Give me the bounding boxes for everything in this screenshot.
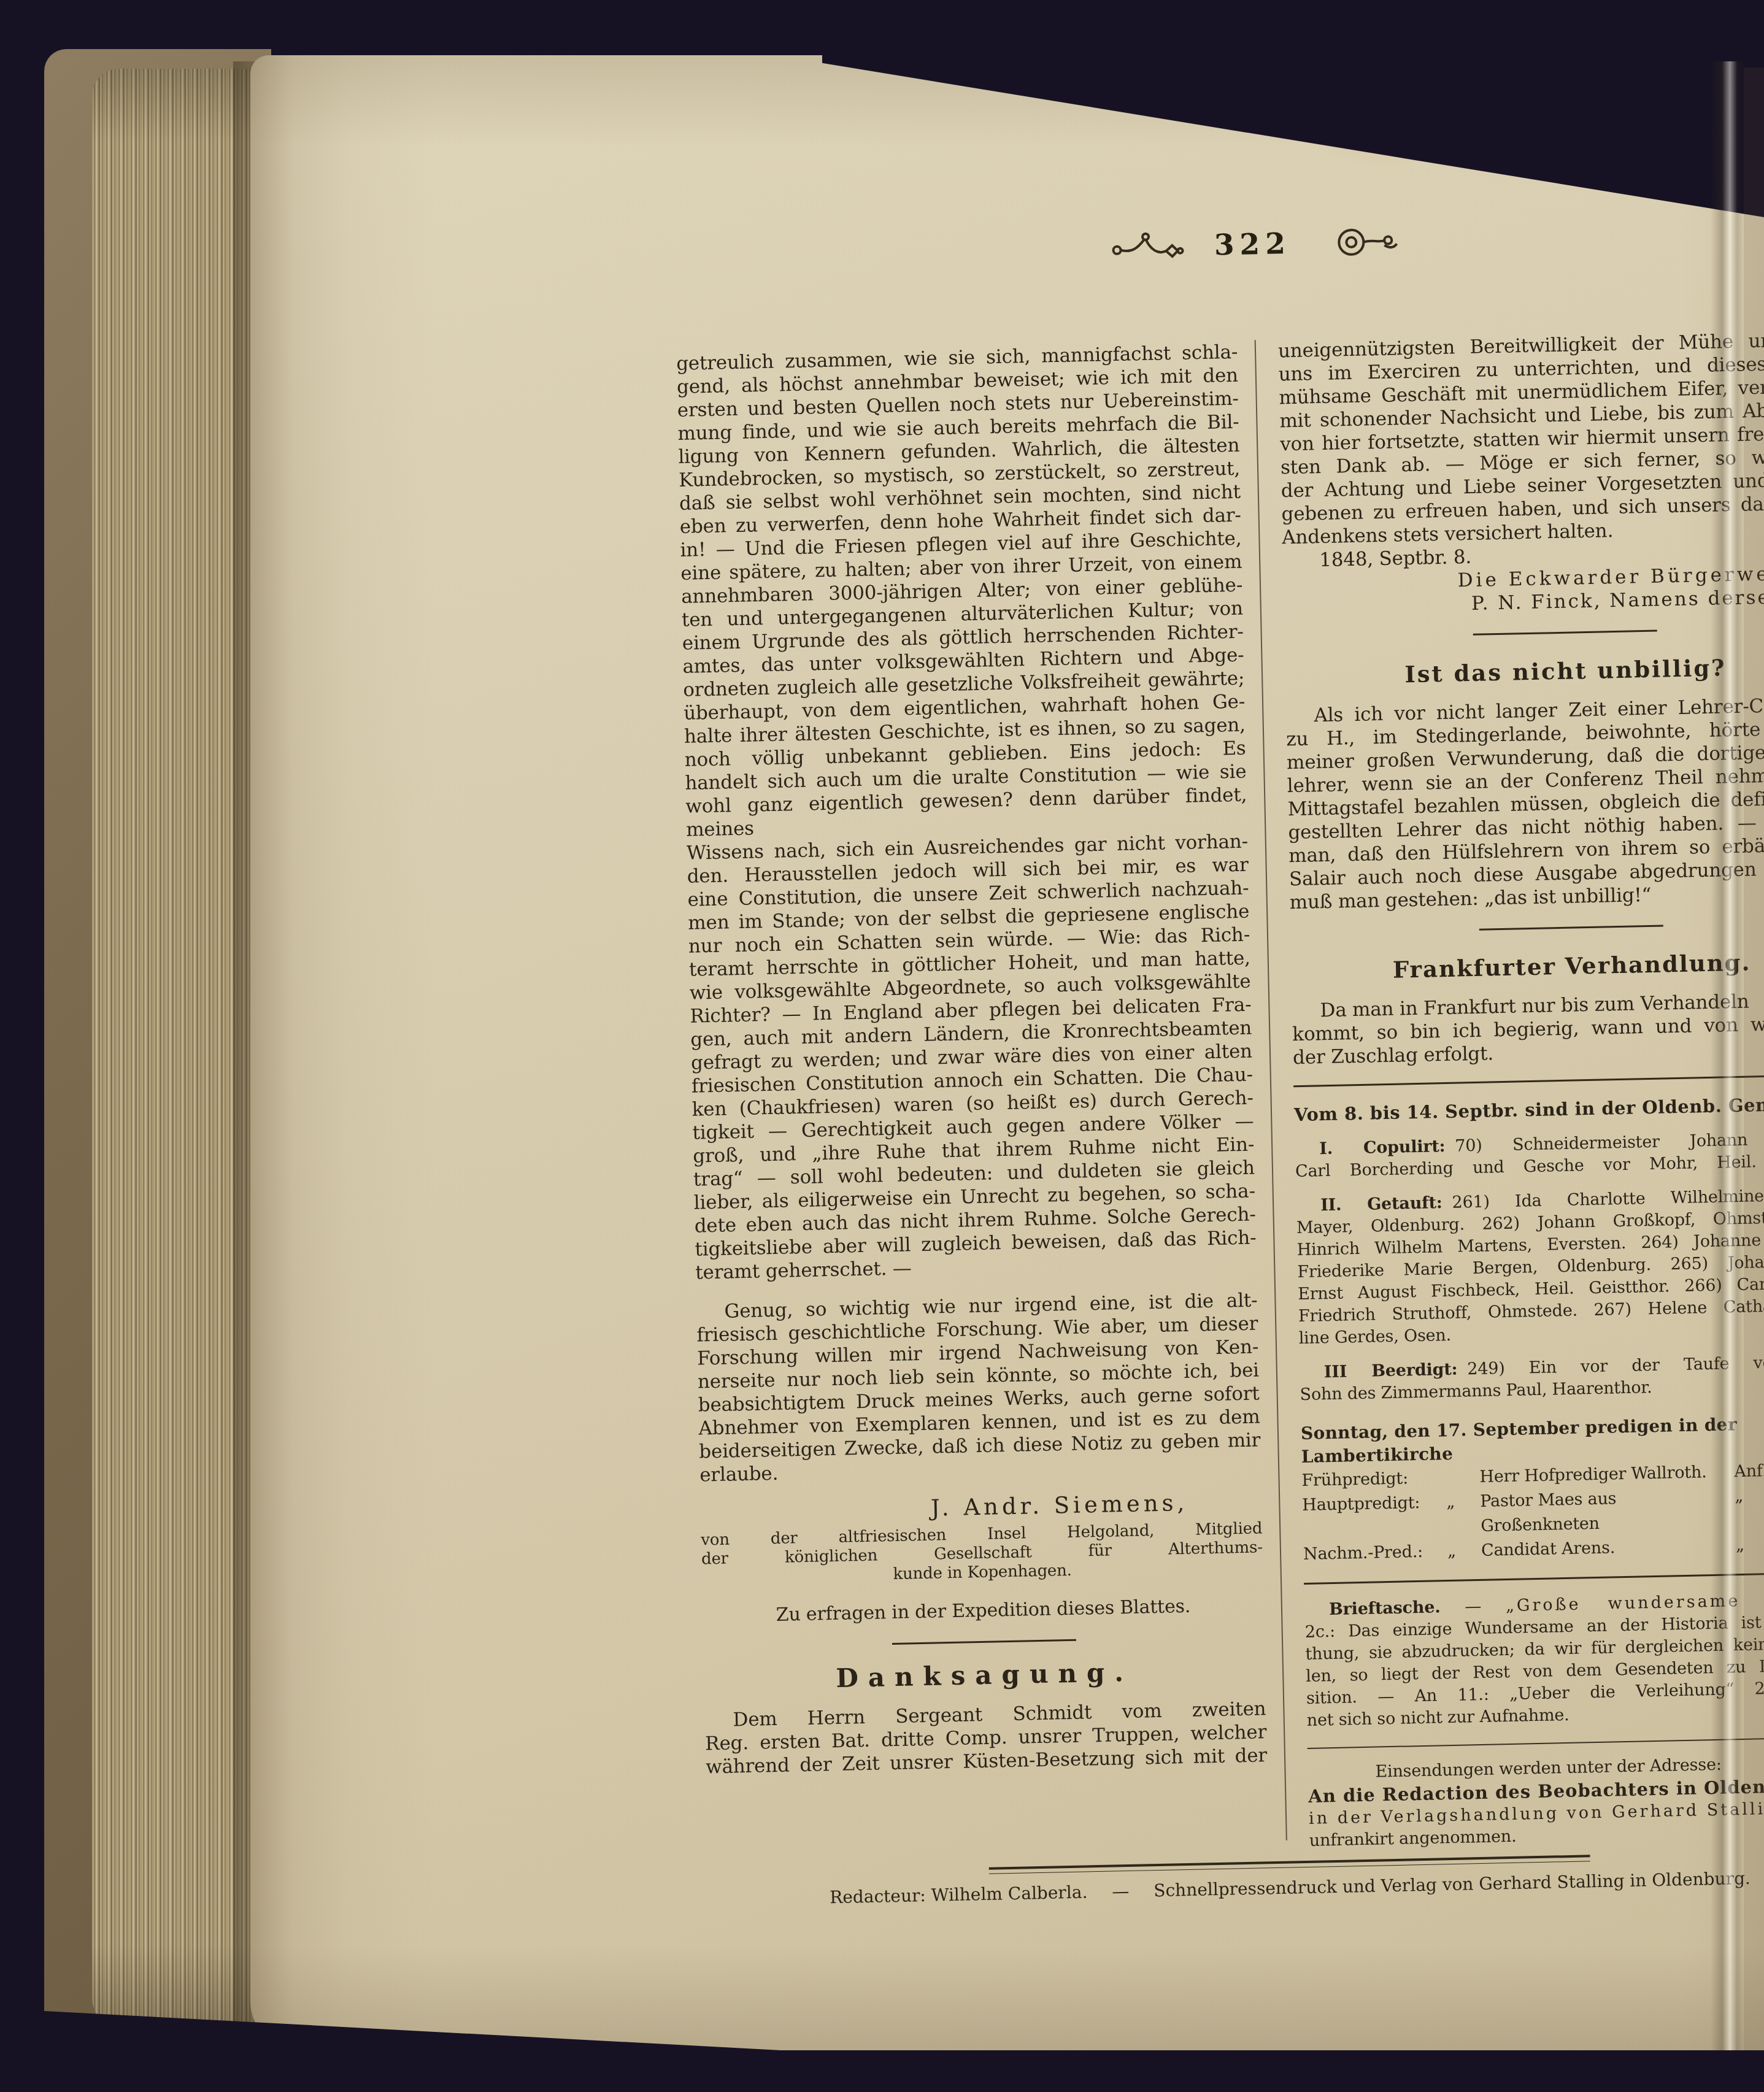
brieftasche-label: Brieftasche. xyxy=(1329,1598,1441,1619)
ditto-mark: „ xyxy=(1447,1539,1482,1564)
right-column: uneigennützigsten Bereitwilligkeit der M… xyxy=(1278,328,1764,1852)
unbillig-title: Ist das nicht unbillig? xyxy=(1285,653,1764,688)
footer-text: Redacteur: Wilhelm Calberla. — Schnellpr… xyxy=(708,1866,1764,1910)
article-friesen-paragraph-1: getreulich zusammen, wie sie sich, manni… xyxy=(676,340,1257,1285)
page-number: 322 xyxy=(1214,226,1291,262)
page-header: 322 xyxy=(674,215,1764,274)
thanks-paragraph: uneigennützigsten Bereitwilligkeit der M… xyxy=(1278,328,1764,549)
ditto-mark xyxy=(1446,1465,1480,1490)
signature-name: J. Andr. Siemens, xyxy=(700,1490,1262,1525)
section-rule xyxy=(1473,630,1657,636)
frankfurt-closing-text: der Zuschlag erfolgt. xyxy=(1293,1042,1494,1069)
record-beerdigt: III Beerdigt:249) Ein vor der Taufe vers… xyxy=(1300,1350,1764,1406)
ditto-mark: „ xyxy=(1446,1490,1481,1539)
footer-editor: Redacteur: Wilhelm Calberla. xyxy=(830,1882,1088,1907)
danksagung-title: Danksagung. xyxy=(704,1658,1266,1693)
unbillig-paragraph: Als ich vor nicht langer Zeit einer Lehr… xyxy=(1285,693,1764,891)
left-column: getreulich zusammen, wie sie sich, manni… xyxy=(676,340,1269,1865)
footer-publisher: Schnellpressendruck und Verlag von Gerha… xyxy=(1154,1868,1751,1901)
inquiry-note: Zu erfragen in der Expedition dieses Bla… xyxy=(703,1593,1265,1628)
signature-affiliation: von der altfriesischen Insel Helgoland, … xyxy=(701,1519,1263,1588)
newspaper-page: 322 getreulich zusammen, wie sie sich, m… xyxy=(250,55,1764,2050)
section-rule xyxy=(1479,925,1663,930)
record-getauft: II. Getauft:261) Ida Charlotte Wilhelmin… xyxy=(1296,1183,1764,1350)
photo-background: { "page": { "number": "322" }, "left": {… xyxy=(0,0,1764,2092)
frankfurt-title: Frankfurter Verhandlung. xyxy=(1291,948,1764,983)
record-copulirt: I. Copulirt:70) Schneidermeister Johann … xyxy=(1295,1127,1764,1183)
danksagung-paragraph: Dem Herrn Sergeant Schmidt vom zweitenRe… xyxy=(704,1697,1267,1779)
brieftasche-body: 2c.: Das einzige Wundersame an der Histo… xyxy=(1304,1610,1764,1732)
preaching-schedule: Sonntag, den 17. September predigen in d… xyxy=(1301,1410,1764,1567)
preacher-name: Pastor Maes aus Großenkneten xyxy=(1480,1484,1736,1539)
preacher-name: Candidat Arens. xyxy=(1481,1533,1736,1563)
section-rule-long xyxy=(1293,1074,1764,1087)
footer-dash: — xyxy=(1112,1881,1130,1902)
section-rule-thin xyxy=(1308,1736,1764,1749)
brieftasche-section: Brieftasche. — „Große wundersame Histori… xyxy=(1304,1588,1764,1732)
record-label: I. Copulirt: xyxy=(1319,1137,1446,1158)
service-label: Frühpredigt: xyxy=(1301,1466,1446,1493)
record-label: III Beerdigt: xyxy=(1324,1360,1458,1382)
footer-rule xyxy=(989,1855,1590,1874)
header-ornament-left-icon xyxy=(1111,230,1185,264)
submissions-note: Einsendungen werden unter der Adresse: A… xyxy=(1308,1751,1764,1852)
page-fold-line xyxy=(1711,61,1744,2050)
frankfurt-paragraph: Da man in Frankfurt nur bis zum Verhande… xyxy=(1292,988,1764,1046)
service-label: Nachm.-Pred.: xyxy=(1303,1539,1448,1567)
service-label: Hauptpredigt: xyxy=(1302,1490,1447,1542)
dash: — xyxy=(1440,1596,1506,1617)
two-column-layout: getreulich zusammen, wie sie sich, manni… xyxy=(676,328,1764,1864)
section-rule-long xyxy=(1304,1571,1764,1585)
header-ornament-right-icon xyxy=(1320,224,1400,260)
printed-area: 322 getreulich zusammen, wie sie sich, m… xyxy=(674,215,1764,1910)
church-records-intro: Vom 8. bis 14. Septbr. sind in der Olden… xyxy=(1294,1091,1764,1126)
record-continuation: Mayer, Oldenburg. 262) Johann Großkopf, … xyxy=(1296,1206,1764,1350)
article-friesen-paragraph-2: Genug, so wichtig wie nur irgend eine, i… xyxy=(696,1288,1261,1486)
record-label: II. Getauft: xyxy=(1320,1193,1442,1215)
page-fold-shadow xyxy=(1744,67,1764,2050)
section-rule xyxy=(892,1639,1076,1645)
